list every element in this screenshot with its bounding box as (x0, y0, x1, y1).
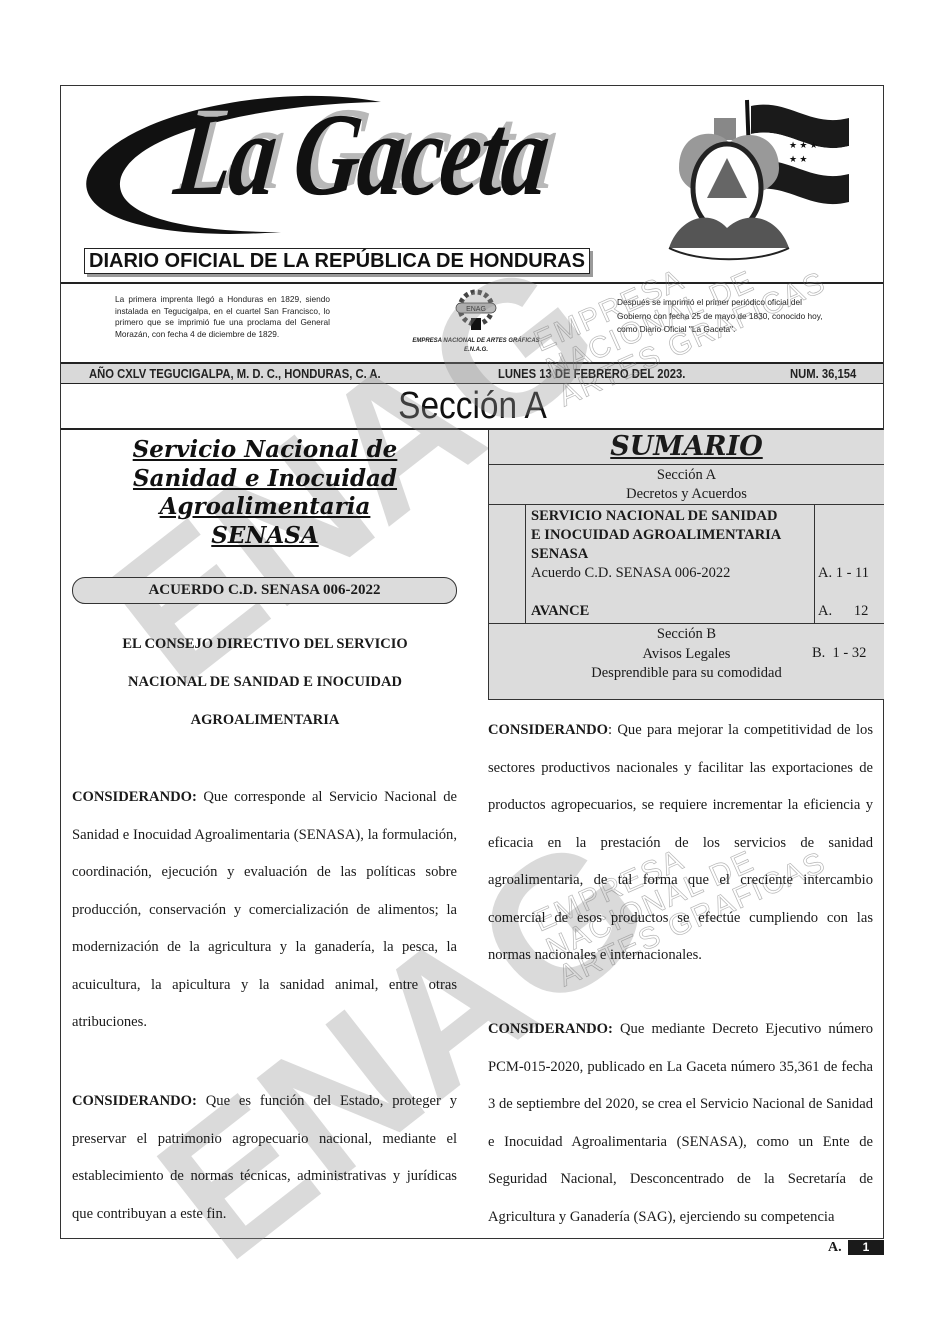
sumario-entries: SERVICIO NACIONAL DE SANIDAD E INOCUIDAD… (525, 505, 815, 623)
masthead: La Gaceta DIARIO OFICIAL DE LA REPÚBLICA… (61, 86, 883, 284)
considerando-paragraph: CONSIDERANDO: Que corresponde al Servici… (72, 779, 457, 1042)
sumario-title: SUMARIO (489, 430, 884, 465)
sumario-box: SUMARIO Sección A Decretos y Acuerdos SE… (488, 430, 884, 700)
gear-icon: ENAG (453, 288, 499, 332)
svg-text:★ ★ ★: ★ ★ ★ (789, 140, 818, 150)
considerando-paragraph: CONSIDERANDO: Que es función del Estado,… (72, 1083, 457, 1233)
considerando-paragraph: CONSIDERANDO: Que para mejorar la compet… (488, 712, 873, 975)
history-note-left: La primera imprenta llegó a Honduras en … (115, 294, 330, 340)
section-title: Sección A (61, 384, 883, 430)
enag-logo: ENAG EMPRESA NACIONAL DE ARTES GRÁFICAS … (406, 288, 546, 355)
consejo-line-3: AGROALIMENTARIA (70, 712, 460, 729)
sumario-section-a: Sección A Decretos y Acuerdos (489, 465, 884, 505)
enag-name: EMPRESA NACIONAL DE ARTES GRÁFICAS (406, 337, 546, 346)
info-strip: La primera imprenta llegó a Honduras en … (61, 284, 883, 362)
page-prefix: A. (828, 1240, 842, 1256)
document-heading: Servicio Nacional de Sanidad e Inocuidad… (70, 436, 460, 550)
consejo-line-2: NACIONAL DE SANIDAD E INOCUIDAD (70, 674, 460, 691)
page-number: 1 (848, 1240, 884, 1255)
consejo-line-1: EL CONSEJO DIRECTIVO DEL SERVICIO (70, 636, 460, 653)
enag-abbr: E.N.A.G. (406, 346, 546, 355)
sumario-entry-pages: A. 1 - 11 (818, 564, 869, 583)
issue-date-bar: AÑO CXLV TEGUCIGALPA, M. D. C., HONDURAS… (61, 362, 883, 384)
masthead-subtitle: DIARIO OFICIAL DE LA REPÚBLICA DE HONDUR… (84, 248, 590, 274)
sumario-entry-senasa: SERVICIO NACIONAL DE SANIDAD E INOCUIDAD… (531, 507, 816, 621)
sumario-avance-pages: A. 12 (818, 602, 868, 621)
svg-text:★ ★: ★ ★ (789, 154, 807, 164)
coat-of-arms-and-flag-icon: ★ ★ ★ ★ ★ (659, 88, 859, 268)
history-note-right: Después se imprimió el primer periódico … (617, 296, 837, 337)
sumario-section-b-pages: B. 1 - 32 (812, 644, 866, 663)
issue-number: NUM. 36,154 (790, 364, 856, 384)
considerando-paragraph: CONSIDERANDO: Que mediante Decreto Ejecu… (488, 1011, 873, 1236)
acuerdo-label: ACUERDO C.D. SENASA 006-2022 (72, 577, 457, 604)
issue-date: LUNES 13 DE FEBRERO DEL 2023. (498, 364, 685, 384)
svg-text:ENAG: ENAG (466, 306, 486, 313)
year-place: AÑO CXLV TEGUCIGALPA, M. D. C., HONDURAS… (89, 364, 381, 384)
logo-title: La Gaceta (170, 96, 553, 214)
